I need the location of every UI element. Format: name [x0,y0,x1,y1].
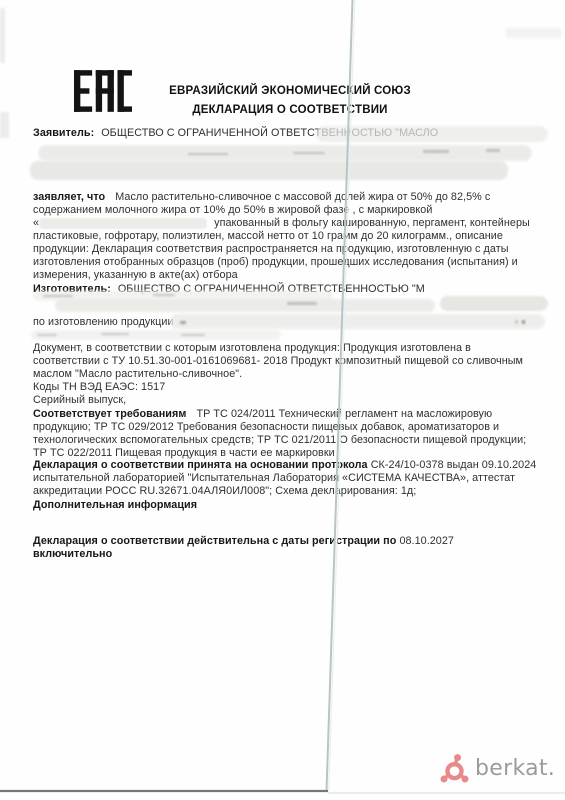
document-paragraph-text: Документ, в соответствии с которым изгот… [33,342,523,380]
additional-info-heading: Дополнительная информация [33,499,537,512]
compliance-paragraph: Соответствует требованиям ТР ТС 024/2011… [33,408,537,460]
production-line-text: по изготовлению продукции [33,316,174,328]
validity-suffix: включительно [33,548,112,560]
basis-label: Декларация о соответствии принята на осн… [33,459,368,471]
document-paragraph: Документ, в соответствии с которым изгот… [33,342,537,381]
scan-page: ЕВРАЗИЙСКИЙ ЭКОНОМИЧЕСКИЙ СОЮЗ ДЕКЛАРАЦИ… [0,0,565,800]
serial-line: Серийный выпуск, [33,394,537,407]
declares-label: заявляет, что [33,191,105,203]
validity-paragraph: Декларация о соответствии действительна … [33,535,537,561]
applicant-label: Заявитель: [33,127,94,139]
scan-edge-artifact [506,28,561,38]
additional-info-label: Дополнительная информация [33,499,197,511]
serial-line-text: Серийный выпуск, [33,394,126,406]
redaction-row [440,296,548,311]
applicant-redaction [316,126,548,142]
compliance-label: Соответствует требованиям [33,408,186,420]
redaction-row [55,299,435,312]
redaction-row [31,330,281,340]
scan-edge-artifact [0,112,9,138]
codes-line: Коды ТН ВЭД ЕАЭС: 1517 [33,381,537,394]
validity-date: 08.10.2027 [399,535,454,547]
marking-redaction [39,218,207,229]
document-title: ДЕКЛАРАЦИЯ О СООТВЕТСТВИИ [90,104,490,116]
basis-paragraph: Декларация о соответствии принята на осн… [33,459,537,498]
validity-label: Декларация о соответствии действительна … [33,535,396,547]
redaction-row [38,145,532,161]
declares-paragraph: заявляет, что Масло растительно-сливочно… [33,191,537,282]
codes-line-text: Коды ТН ВЭД ЕАЭС: 1517 [33,381,165,393]
union-title: ЕВРАЗИЙСКИЙ ЭКОНОМИЧЕСКИЙ СОЮЗ [90,85,490,97]
redaction-row [30,161,508,180]
berkat-watermark: berkat. [437,751,555,786]
production-redaction [170,314,545,329]
scan-edge-artifact [0,8,5,63]
berkat-text: berkat. [475,756,555,781]
berkat-logo-icon [437,751,472,786]
